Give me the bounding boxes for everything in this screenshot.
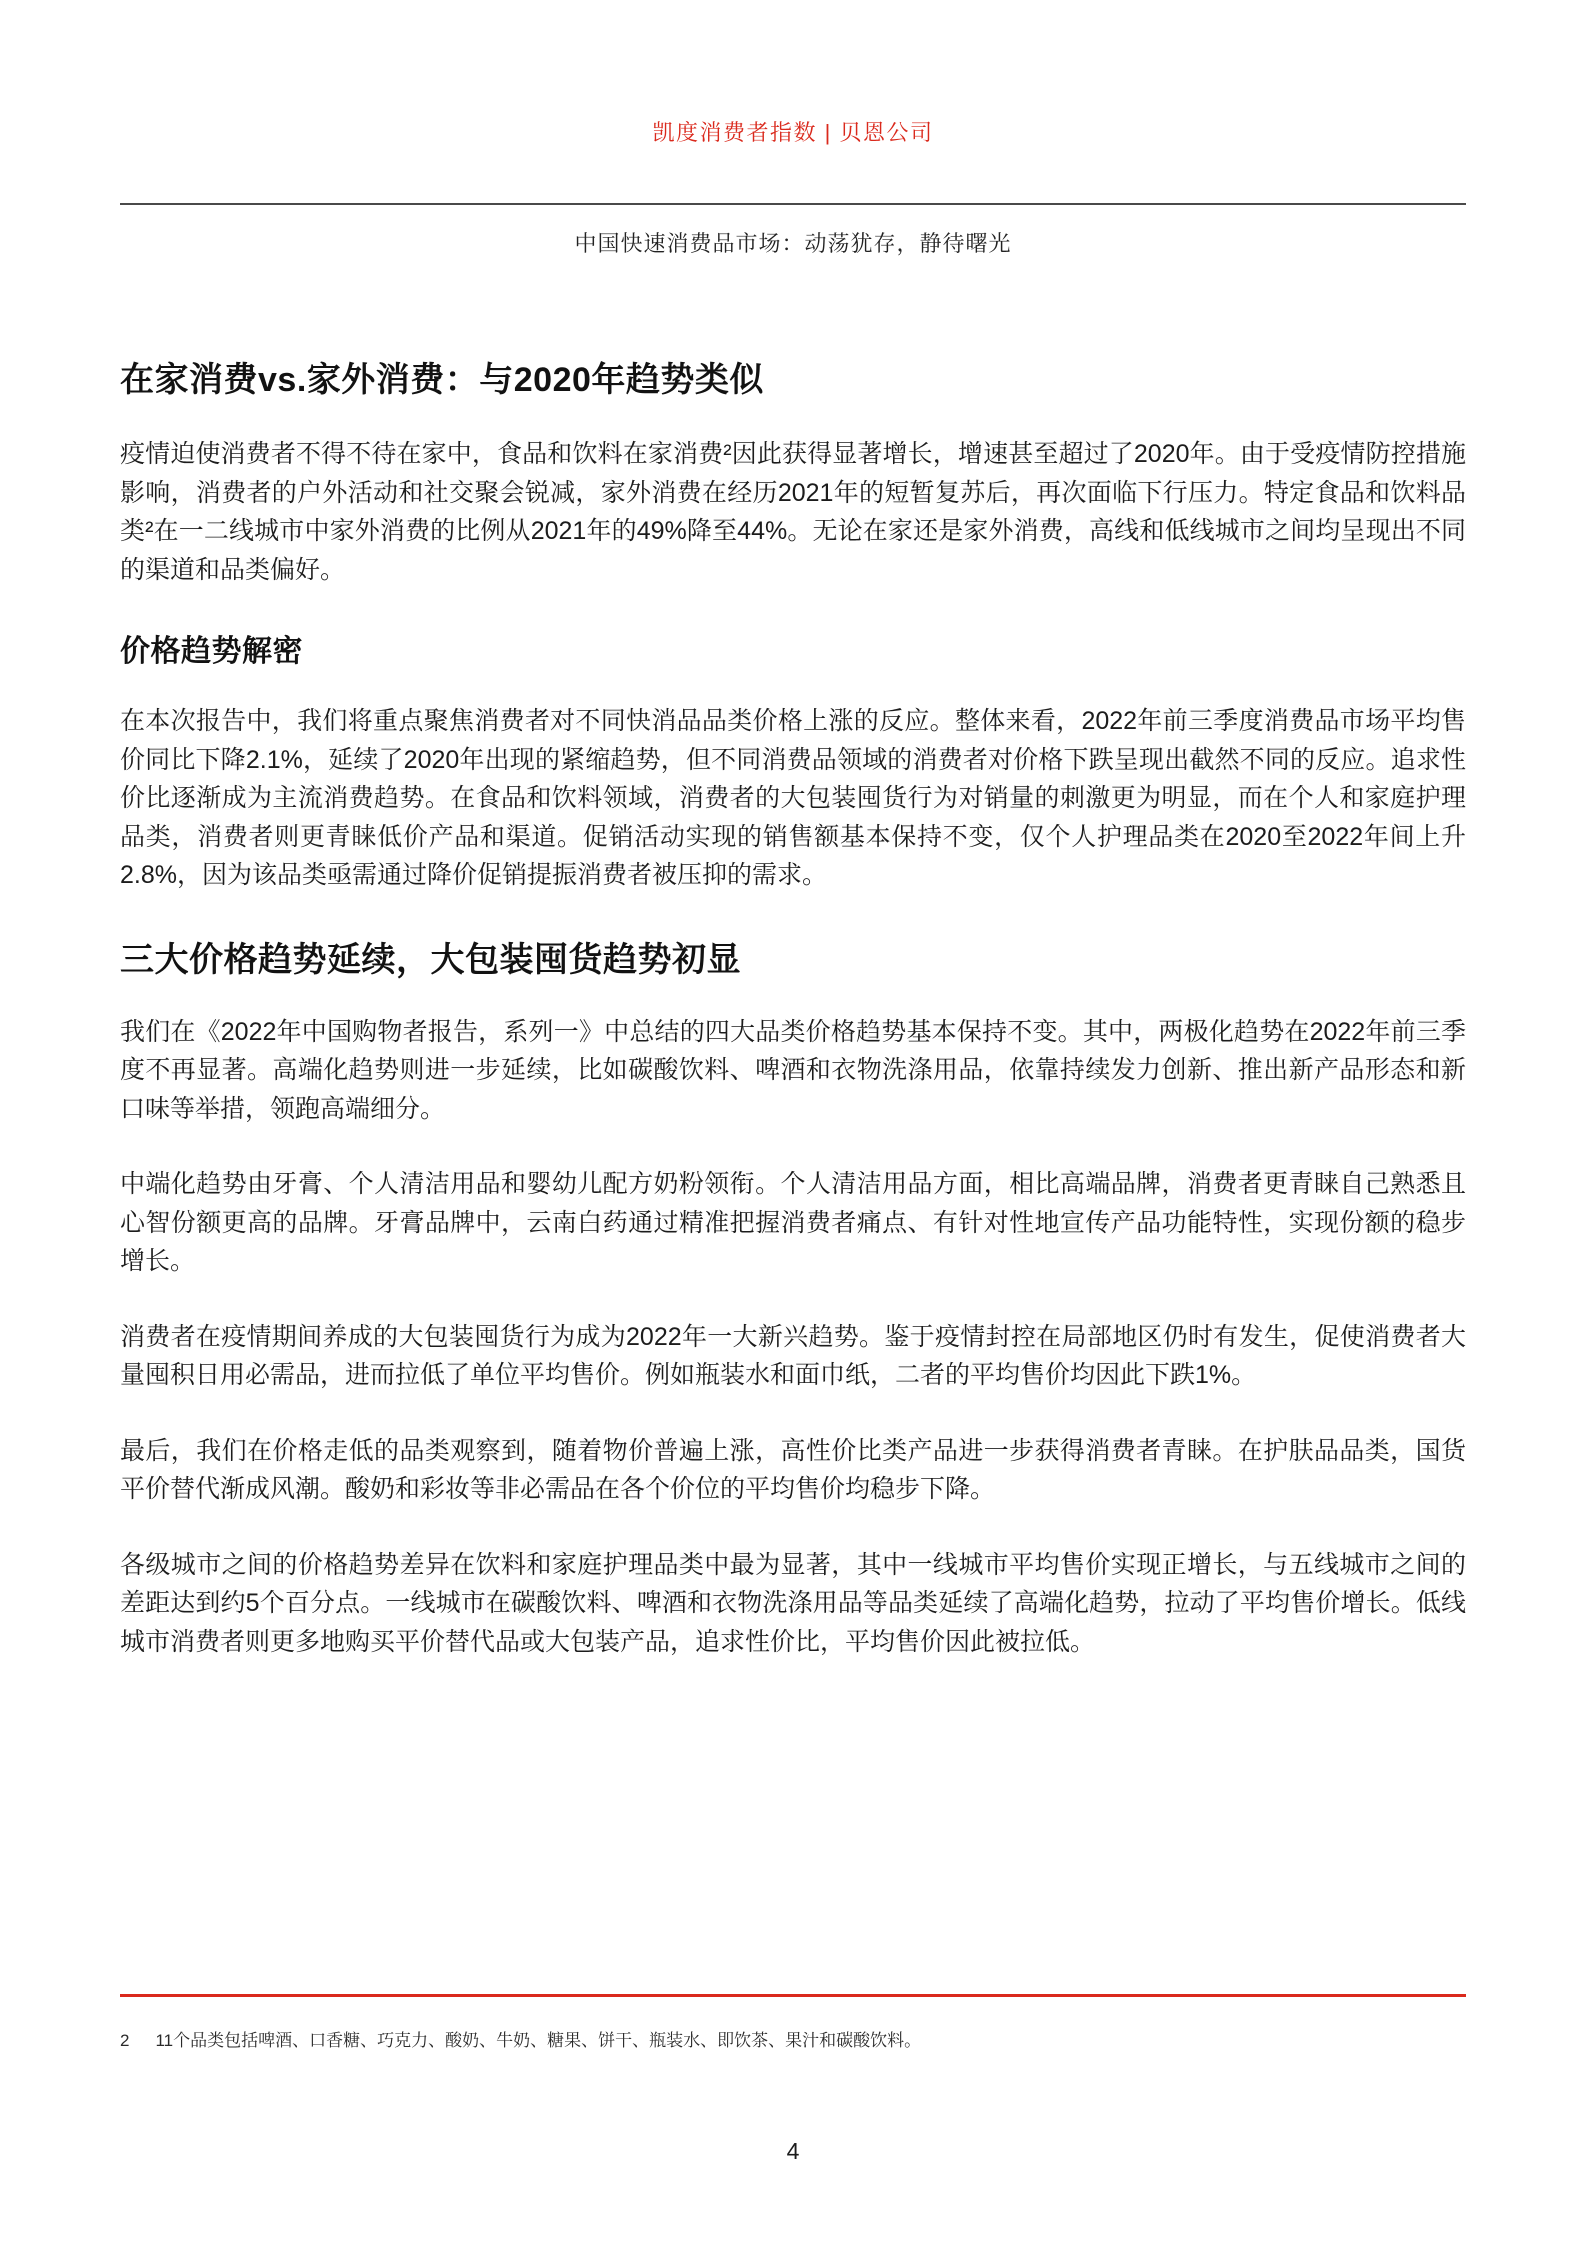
header-divider	[120, 203, 1466, 205]
section-heading-home-vs-out: 在家消费vs.家外消费：与2020年趋势类似	[120, 352, 1466, 401]
paragraph: 疫情迫使消费者不得不待在家中，食品和饮料在家消费²因此获得显著增长，增速甚至超过…	[120, 435, 1466, 589]
paragraph: 各级城市之间的价格趋势差异在饮料和家庭护理品类中最为显著，其中一线城市平均售价实…	[120, 1546, 1466, 1662]
footnote-marker: 2	[120, 2031, 129, 2051]
report-subtitle: 中国快速消费品市场：动荡犹存，静待曙光	[120, 227, 1466, 258]
paragraph: 消费者在疫情期间养成的大包装囤货行为成为2022年一大新兴趋势。鉴于疫情封控在局…	[120, 1318, 1466, 1395]
report-page: 凯度消费者指数 | 贝恩公司 中国快速消费品市场：动荡犹存，静待曙光 在家消费v…	[0, 0, 1586, 2244]
page-number: 4	[0, 2138, 1586, 2165]
section-home-vs-out-of-home: 在家消费vs.家外消费：与2020年趋势类似 疫情迫使消费者不得不待在家中，食品…	[120, 352, 1466, 589]
footnote-divider	[120, 1994, 1466, 1997]
section-heading-three-trends: 三大价格趋势延续，大包装囤货趋势初显	[120, 932, 1466, 981]
paragraph: 中端化趋势由牙膏、个人清洁用品和婴幼儿配方奶粉领衔。个人清洁用品方面，相比高端品…	[120, 1165, 1466, 1281]
paragraph: 我们在《2022年中国购物者报告，系列一》中总结的四大品类价格趋势基本保持不变。…	[120, 1013, 1466, 1129]
section-heading-price-trends: 价格趋势解密	[120, 626, 1466, 670]
section-three-price-trends: 三大价格趋势延续，大包装囤货趋势初显 我们在《2022年中国购物者报告，系列一》…	[120, 932, 1466, 1662]
paragraph: 最后，我们在价格走低的品类观察到，随着物价普遍上涨，高性价比类产品进一步获得消费…	[120, 1432, 1466, 1509]
section-price-trends: 价格趋势解密 在本次报告中，我们将重点聚焦消费者对不同快消品品类价格上涨的反应。…	[120, 626, 1466, 895]
paragraph: 在本次报告中，我们将重点聚焦消费者对不同快消品品类价格上涨的反应。整体来看，20…	[120, 702, 1466, 895]
brand-header: 凯度消费者指数 | 贝恩公司	[0, 0, 1586, 147]
footnote-text: 11个品类包括啤酒、口香糖、巧克力、酸奶、牛奶、糖果、饼干、瓶装水、即饮茶、果汁…	[155, 2031, 921, 2050]
footnote: 211个品类包括啤酒、口香糖、巧克力、酸奶、牛奶、糖果、饼干、瓶装水、即饮茶、果…	[120, 2026, 1466, 2051]
